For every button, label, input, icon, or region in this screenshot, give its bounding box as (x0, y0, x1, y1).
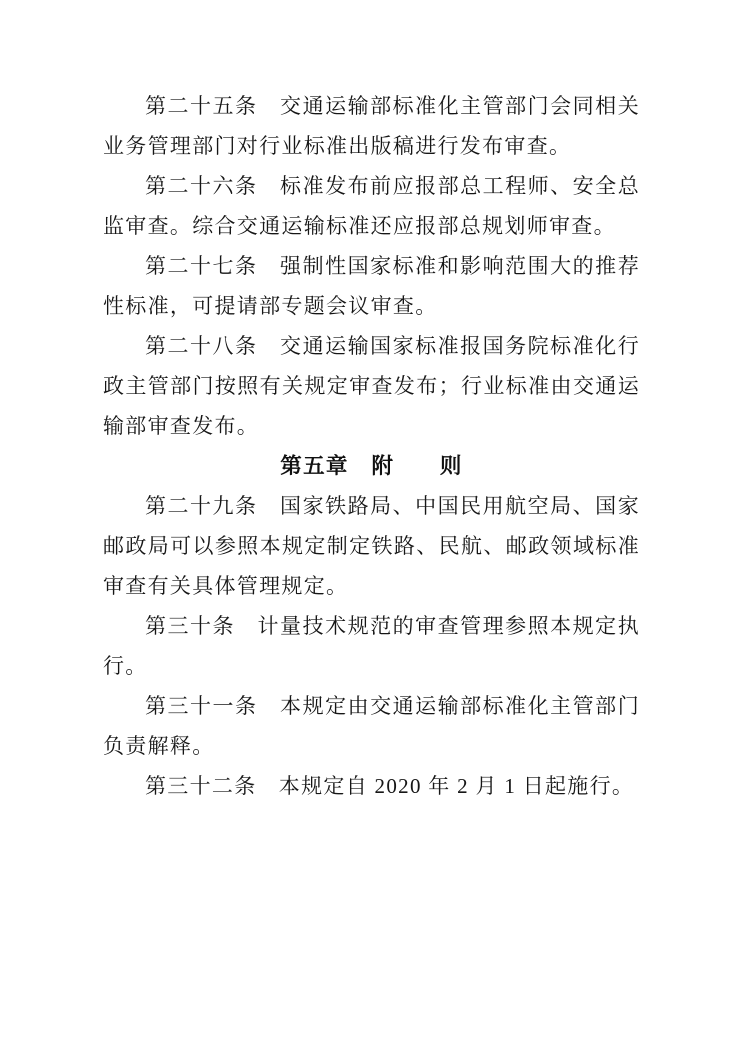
document-page: 第二十五条 交通运输部标准化主管部门会同相关业务管理部门对行业标准出版稿进行发布… (0, 0, 750, 1060)
article-paragraph-30: 第三十条 计量技术规范的审查管理参照本规定执行。 (103, 606, 640, 686)
article-paragraph-25: 第二十五条 交通运输部标准化主管部门会同相关业务管理部门对行业标准出版稿进行发布… (103, 86, 640, 166)
article-paragraph-26: 第二十六条 标准发布前应报部总工程师、安全总监审查。综合交通运输标准还应报部总规… (103, 166, 640, 246)
document-body: 第二十五条 交通运输部标准化主管部门会同相关业务管理部门对行业标准出版稿进行发布… (103, 86, 640, 806)
chapter-5-heading: 第五章 附 则 (103, 446, 640, 486)
article-paragraph-29: 第二十九条 国家铁路局、中国民用航空局、国家邮政局可以参照本规定制定铁路、民航、… (103, 486, 640, 606)
article-paragraph-32: 第三十二条 本规定自 2020 年 2 月 1 日起施行。 (103, 766, 640, 806)
article-paragraph-27: 第二十七条 强制性国家标准和影响范围大的推荐性标准，可提请部专题会议审查。 (103, 246, 640, 326)
article-paragraph-28: 第二十八条 交通运输国家标准报国务院标准化行政主管部门按照有关规定审查发布；行业… (103, 326, 640, 446)
article-paragraph-31: 第三十一条 本规定由交通运输部标准化主管部门负责解释。 (103, 686, 640, 766)
